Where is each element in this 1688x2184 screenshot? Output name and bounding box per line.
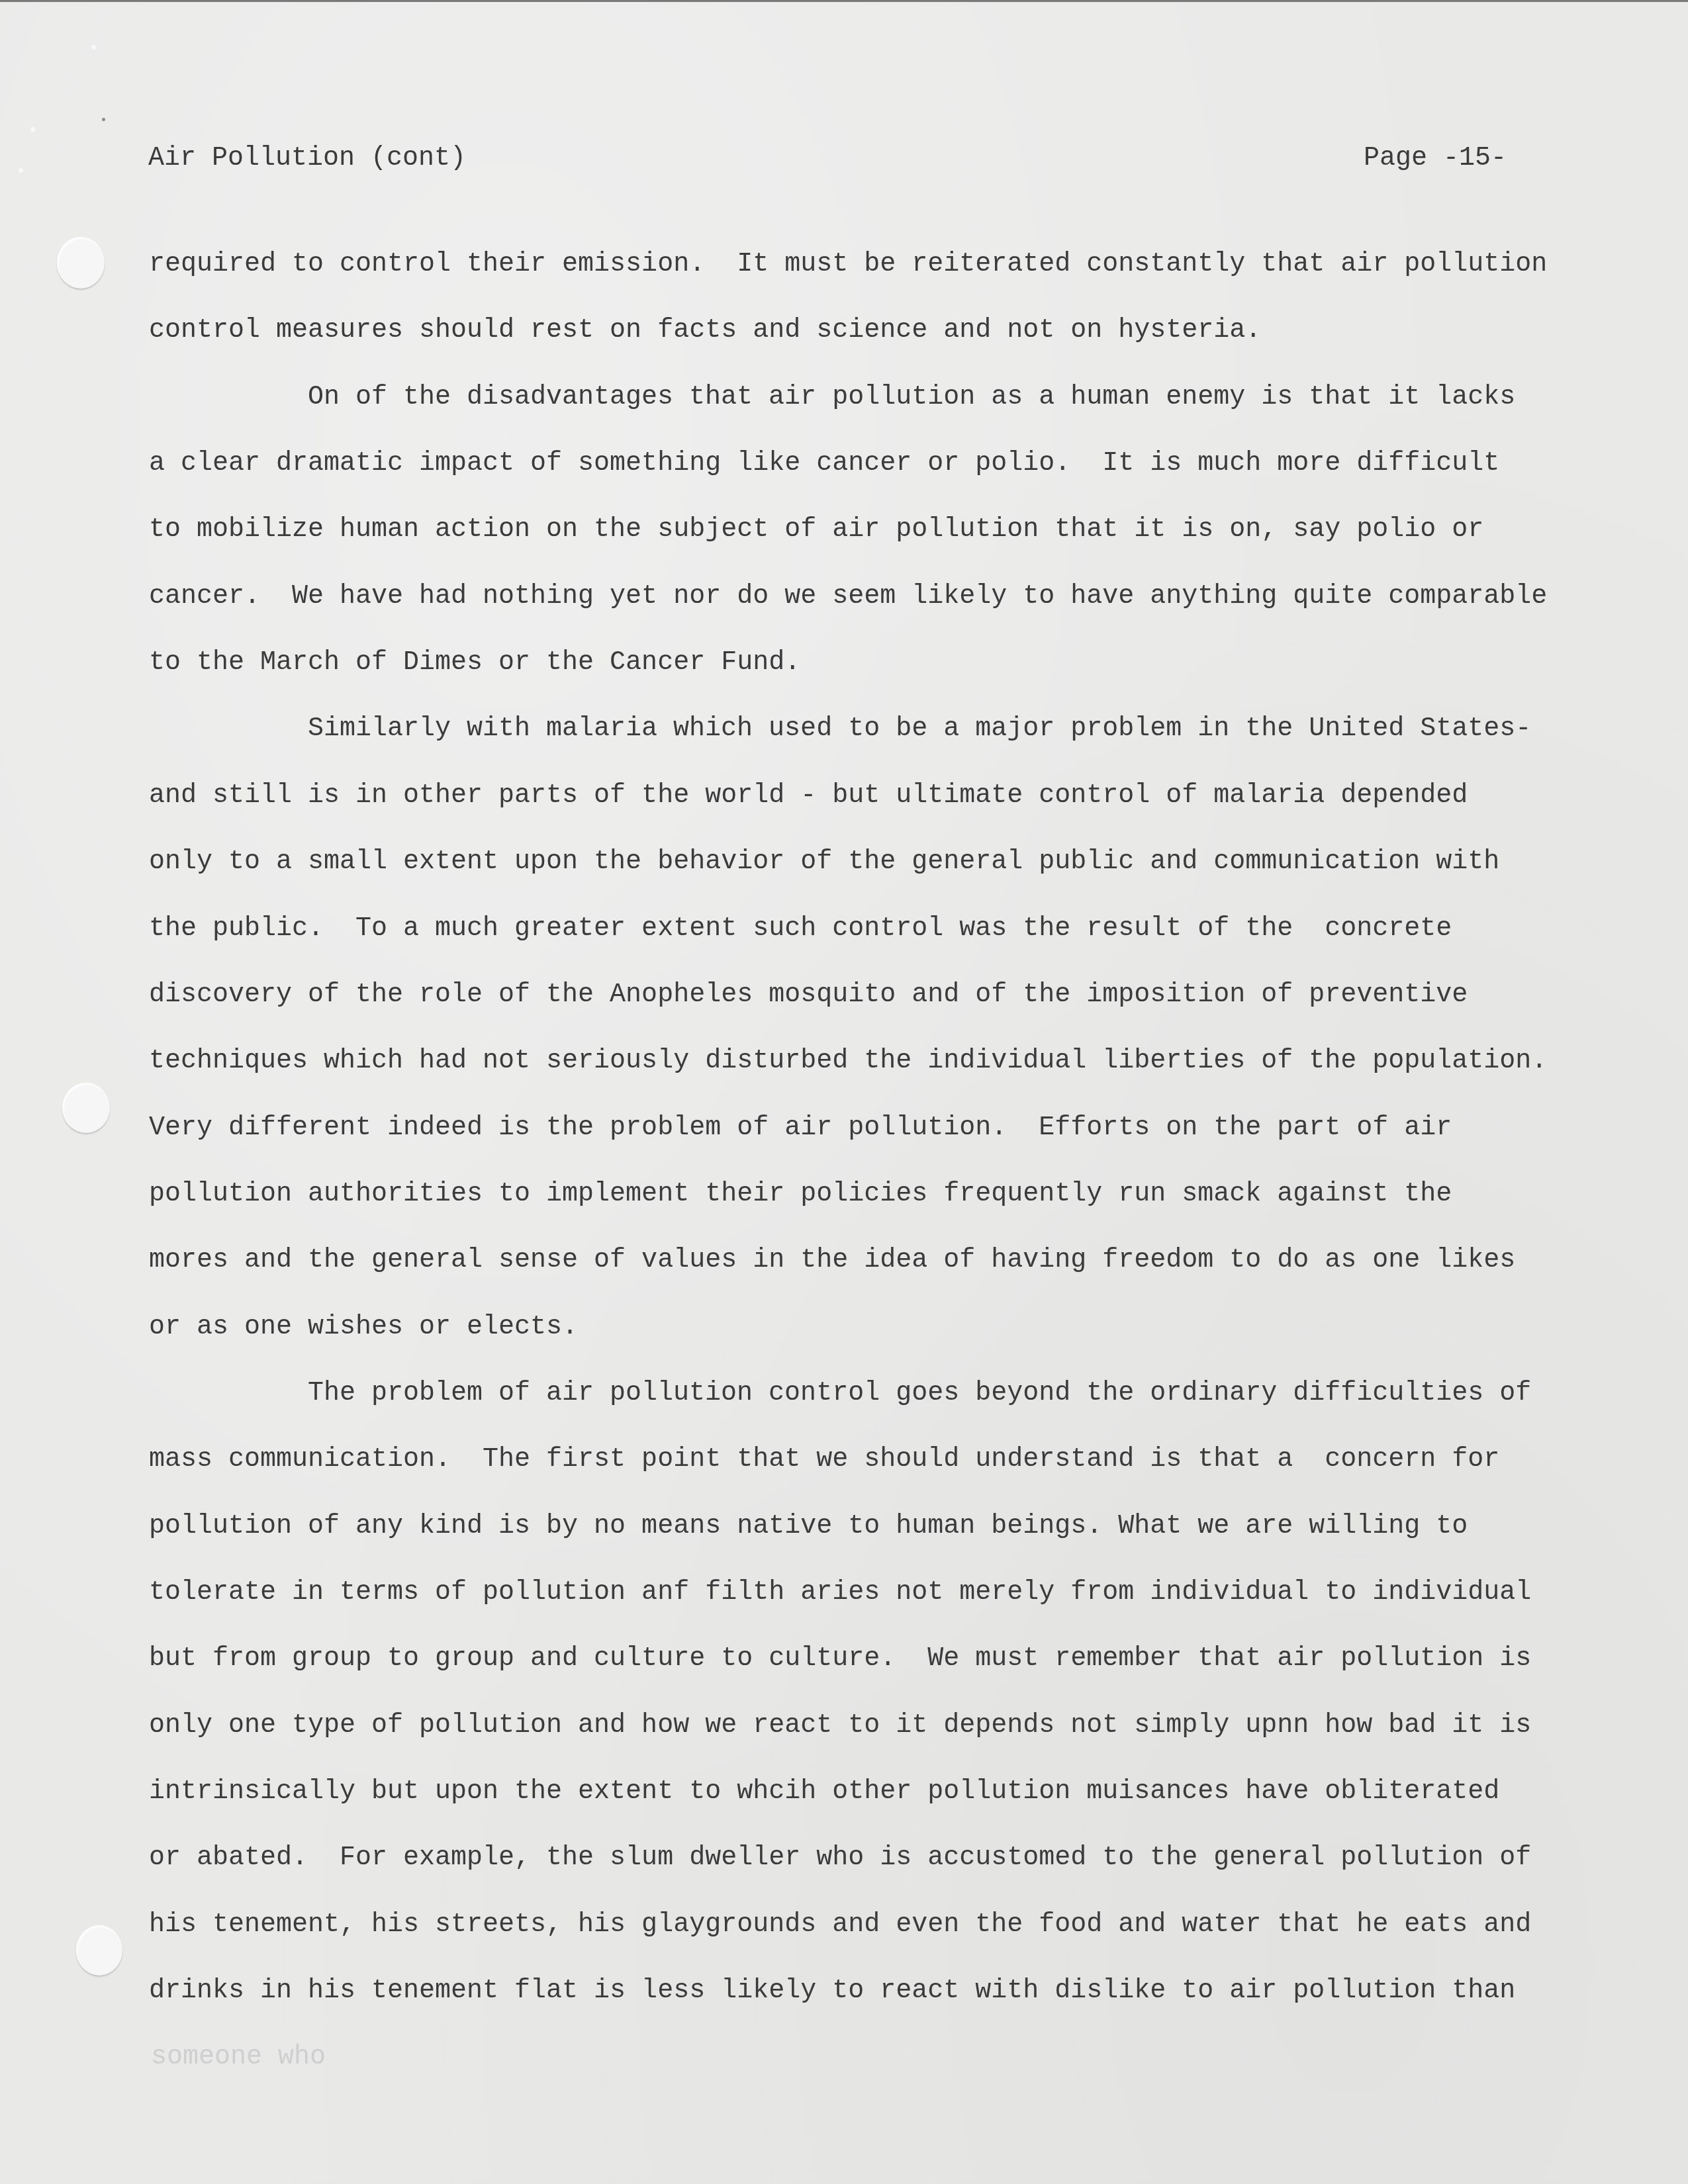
paragraph-first-line: On of the disadvantages that air polluti… (308, 385, 1515, 411)
body-line: intrinsically but upon the extent to whc… (149, 1779, 1499, 1805)
body-line: or as one wishes or elects. (149, 1314, 578, 1341)
paper-speck (30, 127, 35, 132)
body-line: drinks in his tenement flat is less like… (149, 1978, 1515, 2005)
paragraph-first-line: The problem of air pollution control goe… (308, 1381, 1531, 1407)
body-line: mores and the general sense of values in… (149, 1248, 1515, 1274)
punch-hole-bottom (76, 1925, 122, 1976)
body-line: to mobilize human action on the subject … (149, 517, 1483, 543)
body-line: Very different indeed is the problem of … (149, 1115, 1452, 1142)
body-line: his tenement, his streets, his glaygroun… (149, 1912, 1531, 1938)
body-line: mass communication. The first point that… (149, 1447, 1499, 1473)
body-line: or abated. For example, the slum dweller… (149, 1845, 1531, 1872)
paragraph-first-line: Similarly with malaria which used to be … (308, 716, 1531, 743)
paper-top-edge (0, 0, 1688, 2)
body-line: and still is in other parts of the world… (149, 783, 1468, 809)
ghost-next-page-text: someone who (151, 2044, 326, 2071)
body-line: cancer. We have had nothing yet nor do w… (149, 584, 1547, 610)
body-line: only to a small extent upon the behavior… (149, 849, 1499, 876)
page-number: Page -15- (1364, 146, 1507, 172)
body-line: tolerate in terms of pollution anf filth… (149, 1580, 1531, 1606)
body-line: only one type of pollution and how we re… (149, 1713, 1531, 1739)
paper-speck (102, 118, 105, 121)
body-line: a clear dramatic impact of something lik… (149, 451, 1499, 477)
punch-hole-top (57, 237, 105, 289)
paper-speck (19, 168, 23, 173)
body-line: but from group to group and culture to c… (149, 1646, 1531, 1672)
body-line: discovery of the role of the Anopheles m… (149, 982, 1468, 1009)
body-line: to the March of Dimes or the Cancer Fund… (149, 650, 800, 676)
punch-hole-middle (62, 1083, 110, 1133)
body-line: pollution of any kind is by no means nat… (149, 1514, 1468, 1540)
body-line: required to control their emission. It m… (149, 251, 1547, 278)
paper-speck (91, 45, 96, 50)
body-line: the public. To a much greater extent suc… (149, 916, 1452, 942)
body-line: control measures should rest on facts an… (149, 318, 1261, 344)
document-running-title: Air Pollution (cont) (148, 146, 466, 172)
body-line: techniques which had not seriously distu… (149, 1048, 1547, 1075)
body-line: pollution authorities to implement their… (149, 1181, 1452, 1208)
